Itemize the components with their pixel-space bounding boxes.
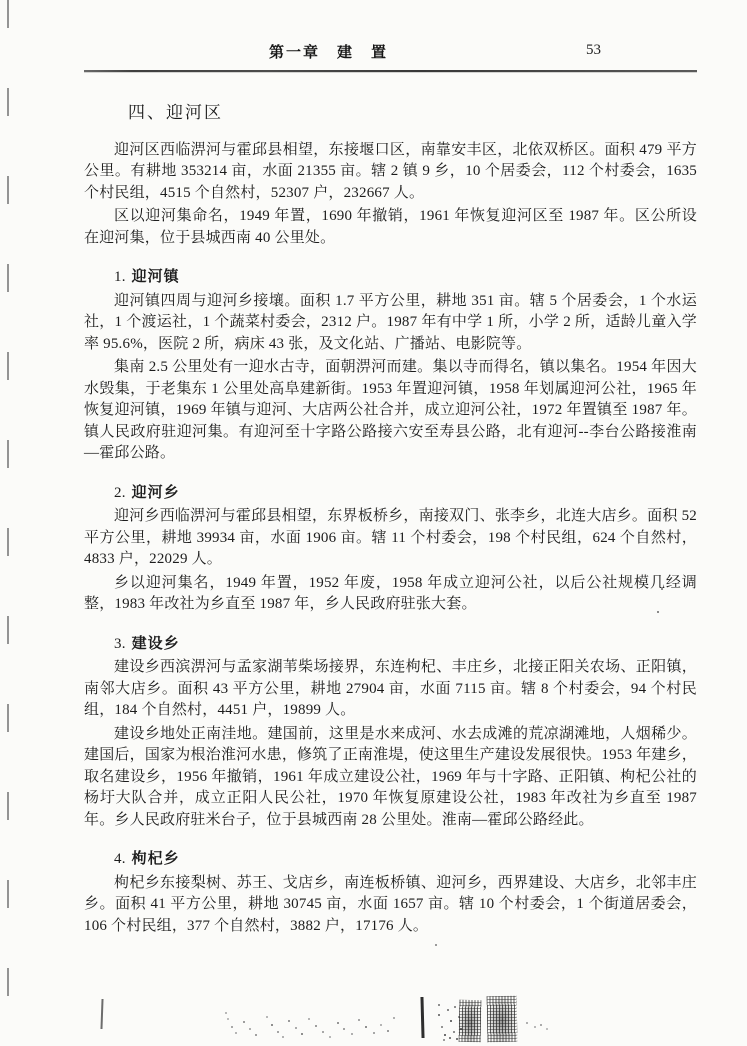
scanned-book-page: 第一章 建 置 53 四、迎河区 迎河区西临淠河与霍邱县相望，东接堰口区，南靠安… bbox=[0, 0, 747, 1046]
subsection-heading-gouqi-township: 4.枸杞乡 bbox=[84, 848, 697, 871]
subsection-name: 迎河乡 bbox=[132, 484, 180, 501]
subsection-name: 建设乡 bbox=[132, 635, 180, 652]
page-left-edge-line bbox=[7, 0, 9, 1046]
subsection-number: 4. bbox=[114, 851, 126, 867]
subsection-name: 迎河镇 bbox=[132, 268, 180, 285]
subsection-number: 3. bbox=[114, 636, 126, 652]
gouqi-township-paragraph-1: 枸杞乡东接梨树、苏王、戈店乡，南连板桥镇、迎河乡，西界建设、大店乡，北邻丰庄乡。… bbox=[84, 873, 697, 938]
page-number: 53 bbox=[586, 42, 601, 59]
jianshe-township-paragraph-2: 建设乡地处正南洼地。建国前，这里是水来成河、水去成滩的荒凉湖滩地，人烟稀少。建国… bbox=[84, 724, 697, 832]
scan-artifact-speck-cluster bbox=[438, 1004, 440, 1006]
jianshe-township-paragraph-1: 建设乡西滨淠河与孟家湖苇柴场接界，东连枸杞、丰庄乡，北接正阳关农场、正阳镇，南邻… bbox=[84, 657, 697, 722]
scan-artifact-speck bbox=[435, 944, 437, 946]
scan-artifact-faint-dots bbox=[526, 1022, 528, 1024]
header-rule bbox=[84, 70, 697, 72]
subsection-name: 枸杞乡 bbox=[132, 850, 180, 867]
scan-artifact-speck bbox=[661, 587, 663, 590]
page-content: 四、迎河区 迎河区西临淠河与霍邱县相望，东接堰口区，南靠安丰区，北依双桥区。面积… bbox=[84, 96, 697, 939]
scan-artifact-noise-blob bbox=[487, 996, 518, 1043]
subsection-heading-yinghe-town: 1.迎河镇 bbox=[84, 266, 697, 289]
subsection-number: 1. bbox=[114, 269, 126, 285]
intro-paragraph-1: 迎河区西临淠河与霍邱县相望，东接堰口区，南靠安丰区，北依双桥区。面积 479 平… bbox=[84, 140, 697, 205]
scan-artifact-light-smudge bbox=[225, 1012, 227, 1014]
intro-paragraph-2: 区以迎河集命名，1949 年置，1690 年撤销，1961 年恢复迎河区至 19… bbox=[84, 206, 697, 249]
scan-artifact-noise-blob bbox=[459, 1000, 482, 1042]
subsection-number: 2. bbox=[114, 485, 126, 501]
subsection-heading-yinghe-township: 2.迎河乡 bbox=[84, 482, 697, 505]
scan-artifact-left-tick bbox=[100, 999, 103, 1029]
section-title: 四、迎河区 bbox=[128, 102, 697, 124]
yinghe-town-paragraph-2: 集南 2.5 公里处有一迎水古寺，面朝淠河而建。集以寺而得名，镇以集名。1954… bbox=[84, 357, 697, 465]
running-header-chapter-title: 第一章 建 置 bbox=[269, 41, 388, 62]
scan-artifact-speck bbox=[657, 611, 659, 613]
yinghe-town-paragraph-1: 迎河镇四周与迎河乡接壤。面积 1.7 平方公里，耕地 351 亩。辖 5 个居委… bbox=[84, 291, 697, 356]
yinghe-township-paragraph-2: 乡以迎河集名，1949 年置，1952 年废，1958 年成立迎河公社，以后公社… bbox=[84, 573, 697, 616]
scan-artifact-dark-bar bbox=[420, 997, 424, 1038]
subsection-heading-jianshe-township: 3.建设乡 bbox=[84, 633, 697, 656]
yinghe-township-paragraph-1: 迎河乡西临淠河与霍邱县相望，东界板桥乡，南接双门、张李乡，北连大店乡。面积 52… bbox=[84, 506, 697, 571]
